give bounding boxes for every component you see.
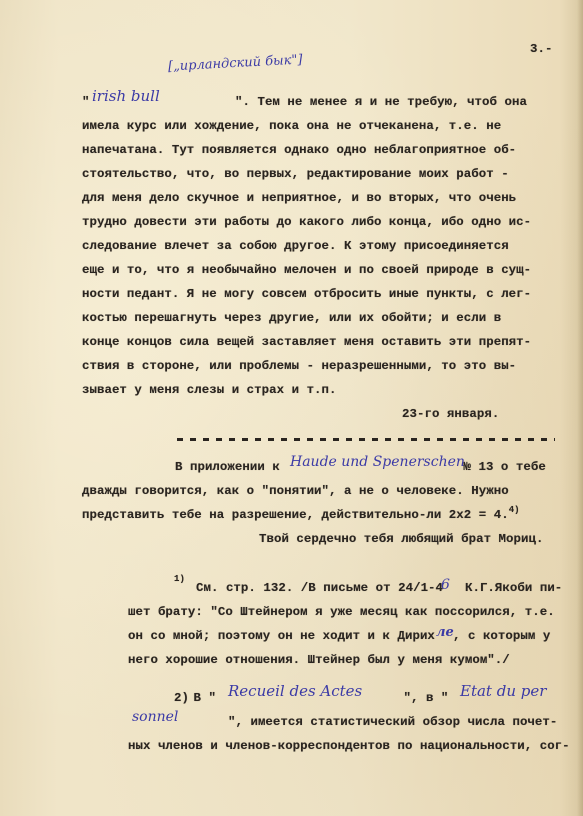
body-line: трудно довести эти работы до какого либо… xyxy=(82,214,531,230)
footnote-1-line-3-start: он со мной; поэтому он не ходит и к Дири… xyxy=(128,628,435,644)
dashed-separator xyxy=(177,438,555,441)
signature: Твой сердечно тебя любящий брат Мориц. xyxy=(259,531,543,547)
letter-date: 23-го января. xyxy=(402,406,499,422)
footnote-1-line-3-end: , с которым у xyxy=(453,628,550,644)
footnote-2-line-2: ", имеется статистический обзор числа по… xyxy=(228,714,557,730)
footnote-1-line-1-end: К.Г.Якоби пи- xyxy=(450,580,562,596)
handwritten-year-digit: 6 xyxy=(441,576,450,594)
body-line-1: ". Тем не менее я и не требую, чтоб она xyxy=(235,94,527,110)
handwritten-haude-spener: Haude und Spenerschen xyxy=(290,453,465,471)
body-line: стоятельство, что, во первых, редактиров… xyxy=(82,166,509,182)
postscript-line-1-start: В приложении к xyxy=(175,459,287,475)
footnote-1-marker: 1) xyxy=(174,574,185,584)
body-line: зывает у меня слезы и страх и т.п. xyxy=(82,382,337,398)
handwritten-sonnel: sonnel xyxy=(132,708,178,726)
page-edge xyxy=(577,0,583,816)
body-line: ности педант. Я не могу совсем отбросить… xyxy=(82,286,531,302)
page-number: 3.- xyxy=(530,41,552,57)
footnote-2-b: В " xyxy=(186,690,216,706)
body-line: напечатана. Тут появляется однако одно н… xyxy=(82,142,516,158)
body-line: следование влечет за собою другое. К это… xyxy=(82,238,509,254)
footnote-2-line-3: ных членов и членов-корреспондентов по н… xyxy=(128,738,570,754)
body-line: еще и то, что я необычайно мелочен и по … xyxy=(82,262,531,278)
handwritten-etat-du-personnel: Etat du per xyxy=(460,682,546,700)
footnote-1-line-1-start: См. стр. 132. /В письме от 24/1-4 xyxy=(196,580,443,596)
footnote-1-line-2: шет брату: "Со Штейнером я уже месяц как… xyxy=(128,604,555,620)
postscript-line-2: дважды говорится, как о "понятии", а не … xyxy=(82,483,509,499)
handwritten-dirichlet-correction: ле xyxy=(436,624,454,642)
body-line: ствия в стороне, или проблемы - неразреш… xyxy=(82,358,516,374)
body-line: для меня дело скучное и неприятное, и во… xyxy=(82,190,516,206)
body-line-1-open-quote: " xyxy=(82,94,90,110)
handwritten-recueil-des-actes: Recueil des Actes xyxy=(228,682,362,700)
footnote-2-mid: ", в " xyxy=(396,690,448,706)
footnote-ref-4: 4) xyxy=(509,505,520,515)
handwritten-irish-bull: irish bull xyxy=(92,87,160,105)
postscript-line-1-end: № 13 о тебе xyxy=(456,459,546,475)
postscript-line-3: представить тебе на разрешение, действит… xyxy=(82,508,509,522)
body-line: костью перешагнуть через другие, или их … xyxy=(82,310,501,326)
body-line: конце концов сила вещей заставляет меня … xyxy=(82,334,531,350)
body-line: имела курс или хождение, пока она не отч… xyxy=(82,118,501,134)
footnote-1-line-4: него хорошие отношения. Штейнер был у ме… xyxy=(128,652,510,668)
